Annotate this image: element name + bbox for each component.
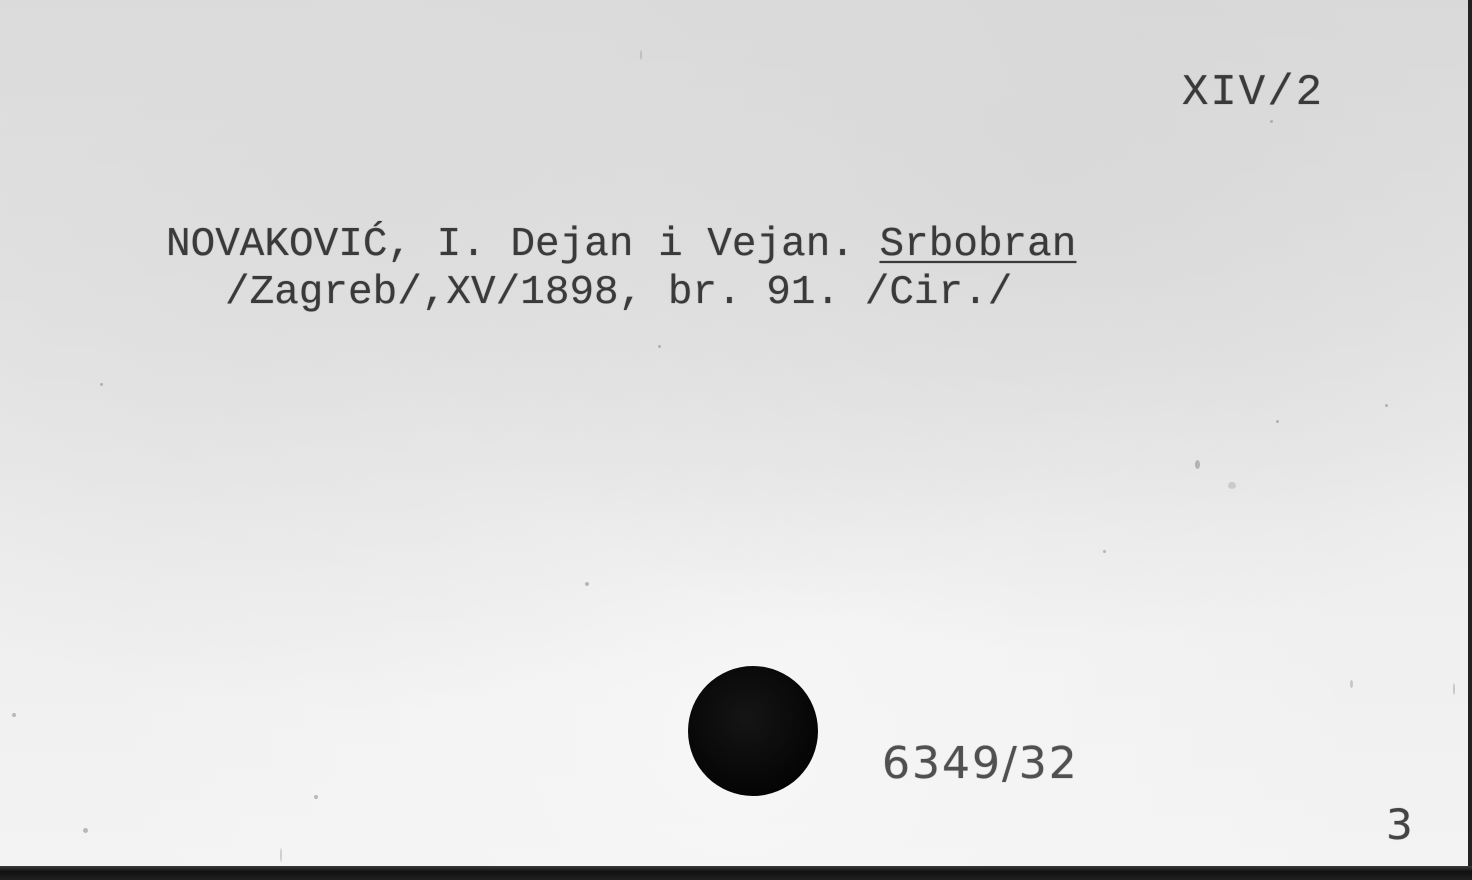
paper-speck [658, 345, 661, 348]
paper-speck [585, 582, 589, 586]
paper-speck [1270, 120, 1273, 123]
script-note: /Cir./ [865, 270, 1013, 316]
punch-hole [688, 666, 818, 796]
paper-speck [1453, 683, 1455, 695]
paper-speck [1276, 420, 1279, 423]
paper-speck [100, 383, 103, 386]
paper-speck [1350, 680, 1353, 688]
paper-speck [1385, 404, 1388, 407]
card-right-edge [1468, 0, 1472, 880]
paper-speck [1103, 550, 1106, 553]
paper-speck [12, 713, 16, 717]
periodical-title: Srbobran [880, 222, 1077, 268]
entry-line-publication: /Zagreb/,XV/1898, br. 91. /Cir./ [225, 270, 1012, 316]
publication-details: /Zagreb/,XV/1898, br. 91. [225, 270, 865, 316]
entry-line-author-title: NOVAKOVIĆ, I. Dejan i Vejan. Srbobran [166, 222, 1076, 268]
paper-speck [640, 50, 642, 60]
call-number: XIV/2 [1182, 68, 1324, 118]
author-and-title: NOVAKOVIĆ, I. Dejan i Vejan. [166, 222, 880, 268]
card-bottom-edge [0, 866, 1472, 880]
card-sequence-number: 3 [1386, 800, 1414, 849]
paper-speck [314, 795, 318, 799]
paper-speck [280, 848, 282, 862]
accession-number: 6349/32 [882, 738, 1079, 789]
paper-speck [1228, 482, 1236, 489]
paper-speck [1195, 460, 1200, 469]
paper-speck [83, 828, 88, 833]
catalog-card: XIV/2 NOVAKOVIĆ, I. Dejan i Vejan. Srbob… [0, 0, 1468, 866]
